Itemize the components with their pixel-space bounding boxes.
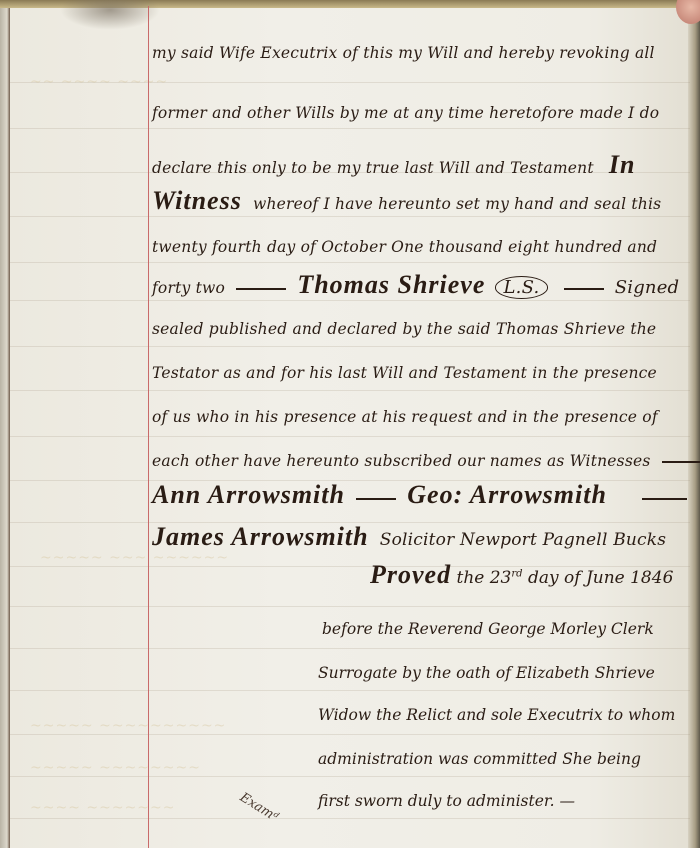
text-segment: whereof I have hereunto set my hand and … (253, 195, 661, 213)
dash-rule (356, 498, 396, 500)
bleed-through-text: ~~~~~ ~~~ ~~~~~~ (40, 550, 229, 566)
dash-rule (642, 498, 687, 500)
probate-heading: Proved the 23rd day of June 1846 (370, 560, 673, 590)
probate-line: Surrogate by the oath of Elizabeth Shrie… (318, 664, 655, 682)
text-line: Testator as and for his last Will and Te… (152, 364, 657, 382)
dash-rule (662, 461, 700, 463)
witness-signature: Ann Arrowsmith (152, 480, 345, 509)
ruled-line (10, 262, 690, 263)
probate-line: first sworn duly to administer. — (318, 792, 575, 810)
testator-signature: Thomas Shrieve (297, 270, 485, 299)
proved-word: Proved (370, 560, 451, 589)
witness-signature: Geo: Arrowsmith (407, 480, 607, 509)
signature-line: forty two Thomas Shrieve L.S. Signed (152, 270, 679, 300)
dash-rule (564, 288, 604, 290)
text-line: my said Wife Executrix of this my Will a… (152, 44, 655, 62)
ruled-line (10, 128, 690, 129)
ruled-line (10, 436, 690, 437)
book-spine (0, 0, 10, 848)
probate-line: administration was committed She being (318, 750, 641, 768)
text-line: former and other Wills by me at any time… (152, 104, 659, 122)
probate-line: before the Reverend George Morley Clerk (322, 620, 654, 638)
witness-line: Ann Arrowsmith Geo: Arrowsmith (152, 480, 693, 510)
margin-rule (148, 6, 149, 848)
text-line: declare this only to be my true last Wil… (152, 150, 635, 180)
text-line: Witness whereof I have hereunto set my h… (152, 186, 661, 216)
signed-word: Signed (615, 277, 680, 298)
text-line: twenty fourth day of October One thousan… (152, 238, 657, 256)
bleed-through-text: ~~~~~ ~~~~~~~~ (30, 760, 201, 776)
ruled-line (10, 390, 690, 391)
text-segment: each other have hereunto subscribed our … (152, 452, 651, 470)
ruled-line (10, 216, 690, 217)
bleed-through-text: ~~~~ ~~~~~~~ (30, 800, 176, 816)
date-ordinal: rd (511, 568, 522, 579)
ruled-line (10, 776, 690, 777)
seal-mark: L.S. (495, 276, 549, 299)
bleed-through-text: ~~~~~ ~~~~~~~~~~ (30, 718, 226, 734)
ruled-line (10, 648, 690, 649)
text-line: sealed published and declared by the sai… (152, 320, 656, 338)
ruled-line (10, 300, 690, 301)
probate-line: Widow the Relict and sole Executrix to w… (318, 706, 675, 724)
ruled-line (10, 734, 690, 735)
witness-title: Solicitor Newport Pagnell Bucks (380, 530, 666, 550)
probate-date: the 23 (457, 568, 512, 588)
emphasis-word: In (609, 150, 636, 179)
text-segment: declare this only to be my true last Wil… (152, 159, 594, 177)
text-line: each other have hereunto subscribed our … (152, 452, 700, 470)
probate-date: day of June 1846 (528, 568, 673, 588)
ruled-line (10, 346, 690, 347)
witness-signature: James Arrowsmith (152, 522, 369, 551)
ruled-line (10, 818, 690, 819)
dash-rule (236, 288, 286, 290)
witness-line: James Arrowsmith Solicitor Newport Pagne… (152, 522, 666, 552)
ruled-line (10, 690, 690, 691)
emphasis-word: Witness (152, 186, 242, 215)
text-segment: forty two (152, 279, 225, 297)
text-line: of us who in his presence at his request… (152, 408, 658, 426)
ruled-line (10, 606, 690, 607)
